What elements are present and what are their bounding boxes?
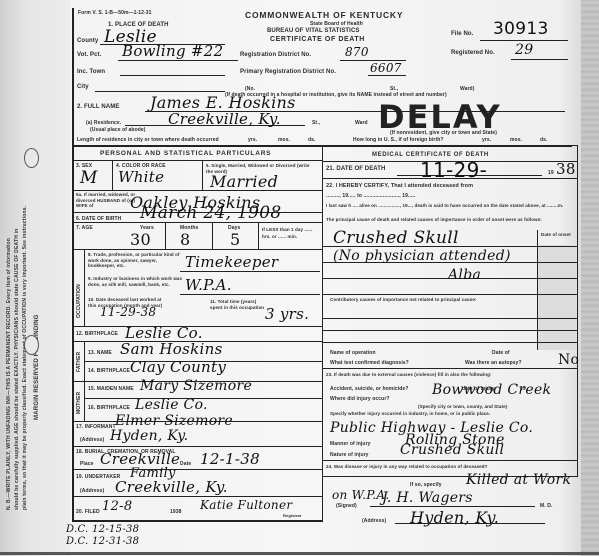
total-time-label: 11. Total time (years) spent in this occ… bbox=[210, 299, 265, 310]
informant-value: Elmer Sizemore bbox=[115, 413, 233, 429]
where-injury-value: Bowwood Creek bbox=[432, 382, 551, 398]
inc-town-label: Inc. Town bbox=[77, 69, 105, 75]
last-worked-value: 11-29-38 bbox=[100, 305, 156, 319]
cause-2: (No physician attended) bbox=[333, 248, 511, 264]
marital-value: Married bbox=[210, 172, 278, 191]
principal-cause-label: The principal cause of death and related… bbox=[326, 217, 571, 223]
where-injury-label: Where did injury occur? bbox=[330, 396, 390, 402]
instruction-line-1: N. B.—WRITE PLAINLY, WITH UNFADING INK—T… bbox=[6, 238, 12, 510]
less-than-day-label: If LESS than 1 day ...... hrs. or ......… bbox=[262, 226, 320, 240]
father-birthplace-label: 14. BIRTHPLACE bbox=[88, 368, 130, 374]
certificate-title: CERTIFICATE OF DEATH bbox=[270, 36, 365, 43]
dob-value: March 24, 1908 bbox=[140, 203, 281, 223]
operation-label: Name of operation bbox=[330, 350, 376, 356]
total-time-value: 3 yrs. bbox=[265, 305, 309, 323]
instruction-line-2: should be carefully supplied. AGE should… bbox=[14, 229, 20, 510]
father-section-label: FATHER bbox=[76, 352, 82, 372]
footer-note-2: D.C. 12-31-38 bbox=[66, 536, 139, 547]
physician-address: Hyden, Ky. bbox=[410, 508, 499, 527]
manner-label: Manner of injury bbox=[330, 441, 371, 447]
age-label: 7. AGE bbox=[76, 225, 93, 231]
nature-value: Crushed Skull bbox=[400, 442, 504, 458]
mother-maiden-label: 15. MAIDEN NAME bbox=[88, 386, 134, 392]
nonresident-note: (If nonresident, give city or town and S… bbox=[390, 130, 497, 136]
state-title: COMMONWEALTH OF KENTUCKY bbox=[245, 10, 403, 20]
industry-value: W.P.A. bbox=[185, 276, 232, 294]
file-no: 30913 bbox=[493, 19, 549, 39]
length-of-residence-label: Length of residence in city or town wher… bbox=[77, 137, 219, 143]
bureau-title: BUREAU OF VITAL STATISTICS bbox=[267, 28, 360, 34]
external-causes-label: 23. If death was due to external causes … bbox=[326, 372, 571, 378]
binding-hole-top bbox=[24, 148, 39, 168]
date-of-death-year: 38 bbox=[556, 160, 576, 178]
binding-note: MARGIN RESERVED FOR BINDING bbox=[34, 314, 40, 420]
registered-no-label: Registered No. bbox=[451, 50, 495, 56]
informant-address-value: Hyden, Ky. bbox=[110, 428, 188, 444]
trade-label: 8. Trade, profession, or particular kind… bbox=[88, 252, 183, 269]
birthplace-label: 12. BIRTHPLACE bbox=[76, 331, 118, 337]
county-label: County bbox=[77, 38, 98, 44]
how-long-us-label: How long in U. S., if of foreign birth? bbox=[353, 137, 444, 143]
binding-hole-bottom bbox=[24, 335, 39, 355]
residence-ward: Ward bbox=[355, 120, 368, 126]
instruction-line-3: plain terms, so that it may be properly … bbox=[22, 206, 28, 510]
autopsy-label: Was there an autopsy? bbox=[465, 360, 522, 366]
residence-sublabel: (Usual place of abode) bbox=[90, 127, 146, 133]
form-number: Form V. S. 1-B—50m—1-12-31 bbox=[78, 10, 152, 16]
registration-district-value: 870 bbox=[345, 45, 369, 59]
address-label: (Address) bbox=[362, 518, 386, 524]
age-months: 8 bbox=[180, 230, 190, 249]
burial-date-value: 12-1-38 bbox=[200, 450, 260, 468]
md-label: M. D. bbox=[540, 503, 552, 509]
date-of-death-label: 21. DATE OF DEATH bbox=[326, 166, 385, 172]
page-edge bbox=[581, 0, 599, 556]
filed-year: 1938 bbox=[170, 509, 182, 515]
full-name-label: 2. FULL NAME bbox=[77, 104, 119, 110]
vot-pct-value: Bowling #22 bbox=[122, 42, 223, 60]
father-birthplace-value: Clay County bbox=[130, 358, 226, 376]
signed-label: (Signed) bbox=[336, 503, 357, 509]
footer-note-1: D.C. 12-15-38 bbox=[66, 524, 139, 535]
trade-value: Timekeeper bbox=[185, 253, 278, 271]
contributory-label: Contributory causes of importance not re… bbox=[330, 297, 530, 303]
specify-injury-label: Specify whether injury occurred in indus… bbox=[330, 411, 575, 417]
residence-st: St., bbox=[312, 120, 320, 126]
occupation-section-label: OCCUPATION bbox=[76, 284, 82, 318]
age-years: 30 bbox=[130, 230, 151, 249]
undertaker-address-value: Creekville, Ky. bbox=[115, 478, 228, 496]
informant-address-label: (Address) bbox=[80, 437, 104, 443]
autopsy-value: No bbox=[558, 352, 579, 368]
filed-value: 12-8 bbox=[102, 499, 132, 514]
operation-date-label: Date of bbox=[492, 350, 510, 356]
accident-label: Accident, suicide, or homicide? bbox=[330, 386, 408, 392]
registration-district-label: Registration District No. bbox=[240, 52, 311, 58]
cause-initials: Alba bbox=[448, 267, 481, 283]
diagnosis-label: What test confirmed diagnosis? bbox=[330, 360, 409, 366]
date-of-onset-label: Date of onset bbox=[541, 232, 571, 237]
vot-pct-label: Vot. Pct. bbox=[77, 52, 101, 58]
occupation-related-note: on W.P.A. bbox=[332, 488, 389, 502]
father-name-label: 13. NAME bbox=[88, 350, 112, 356]
sex-value: M bbox=[80, 168, 98, 188]
mother-maiden-value: Mary Sizemore bbox=[140, 378, 252, 394]
industry-label: 9. Industry or business in which work wa… bbox=[88, 276, 183, 287]
primary-registration-label: Primary Registration District No. bbox=[240, 69, 336, 75]
city-label: City bbox=[77, 84, 89, 90]
occupation-related-label: 24. Was disease or injury in any way rel… bbox=[326, 464, 487, 469]
mother-birthplace-value: Leslie Co. bbox=[135, 397, 208, 413]
occupation-related-value: Killed at Work bbox=[466, 472, 571, 488]
physician-signature: J. H. Wagers bbox=[382, 490, 473, 506]
last-saw-label: I last saw h .... alive on .............… bbox=[326, 203, 571, 209]
registrar-label: Registrar bbox=[283, 513, 301, 518]
occupation-related-specify-label: If so, specify bbox=[410, 482, 442, 488]
undertaker-label: 19. UNDERTAKER bbox=[76, 474, 120, 480]
ward-label: Ward) bbox=[460, 86, 474, 92]
primary-registration-value: 6607 bbox=[370, 61, 402, 75]
registrar-signature: Katie Fultoner bbox=[200, 498, 292, 512]
mother-section-label: MOTHER bbox=[76, 392, 82, 414]
nature-label: Nature of injury bbox=[330, 452, 369, 458]
board-of-health: State Board of Health bbox=[310, 21, 363, 27]
filed-label: 20. FILED bbox=[76, 509, 100, 515]
cause-1: Crushed Skull bbox=[333, 228, 459, 248]
registered-no: 29 bbox=[515, 42, 533, 58]
certify-label: 22. I HEREBY CERTIFY, That I attended de… bbox=[326, 183, 473, 189]
residence-label: (a) Residence. bbox=[86, 120, 121, 126]
undertaker-address-label: (Address) bbox=[80, 488, 104, 494]
color-value: White bbox=[118, 168, 164, 186]
mother-birthplace-label: 16. BIRTHPLACE bbox=[88, 405, 130, 411]
father-name-value: Sam Hoskins bbox=[120, 340, 223, 358]
margin-instructions: MARGIN RESERVED FOR BINDING N. B.—WRITE … bbox=[6, 130, 50, 510]
residence-value: Creekville, Ky. bbox=[168, 110, 281, 128]
file-no-label: File No. bbox=[451, 31, 473, 37]
personal-section-title: PERSONAL AND STATISTICAL PARTICULARS bbox=[100, 150, 271, 157]
certificate-page: MARGIN RESERVED FOR BINDING N. B.—WRITE … bbox=[0, 0, 599, 556]
where-injury-sublabel: (Specify city or town, county, and State… bbox=[418, 404, 507, 409]
age-days: 5 bbox=[230, 230, 240, 249]
